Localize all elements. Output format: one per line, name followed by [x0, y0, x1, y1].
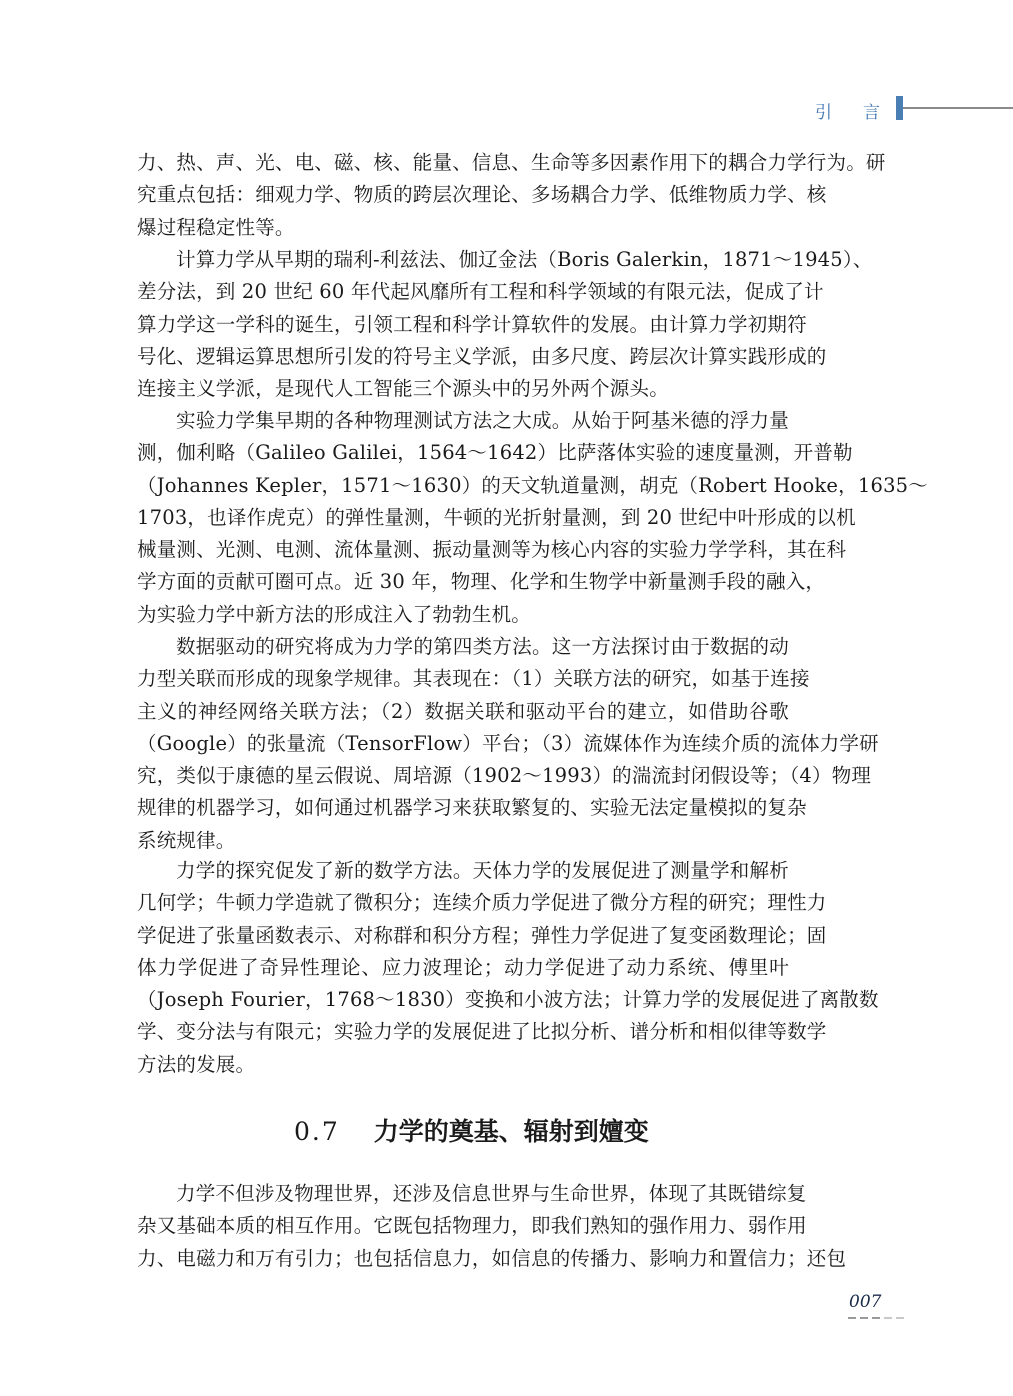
paragraph-computational-mechanics: 计算力学从早期的瑞利-利兹法、伽辽金法（Boris Galerkin，1871～… [137, 244, 789, 405]
text-line: 系统规律。 [137, 825, 789, 857]
text-line: 体力学促进了奇异性理论、应力波理论；动力学促进了动力系统、傅里叶 [137, 952, 789, 984]
text-line: 连接主义学派，是现代人工智能三个源头中的另外两个源头。 [137, 373, 789, 405]
text-line: 1703，也译作虎克）的弹性量测，牛顿的光折射量测，到 20 世纪中叶形成的以机 [137, 502, 789, 534]
text-line: 学方面的贡献可圈可点。近 30 年，物理、化学和生物学中新量测手段的融入， [137, 566, 789, 598]
header-accent-bar [896, 96, 903, 120]
text-line: 主义的神经网络关联方法；（2）数据关联和驱动平台的建立，如借助谷歌 [137, 696, 789, 728]
text-line: 测，伽利略（Galileo Galilei，1564～1642）比萨落体实验的速… [137, 437, 789, 469]
text-line: 力学不但涉及物理世界，还涉及信息世界与生命世界，体现了其既错综复 [137, 1178, 789, 1210]
text-line: 究，类似于康德的星云假说、周培源（1902～1993）的湍流封闭假设等；（4）物… [137, 760, 789, 792]
text-line: （Google）的张量流（TensorFlow）平台；（3）流媒体作为连续介质的… [137, 728, 789, 760]
text-line: （Johannes Kepler，1571～1630）的天文轨道量测，胡克（Ro… [137, 470, 789, 502]
text-line: 究重点包括：细观力学、物质的跨层次理论、多场耦合力学、低维物质力学、核 [137, 179, 789, 211]
text-line: 械量测、光测、电测、流体量测、振动量测等为核心内容的实验力学学科，其在科 [137, 534, 789, 566]
text-line: 差分法，到 20 世纪 60 年代起风靡所有工程和科学领域的有限元法，促成了计 [137, 276, 789, 308]
text-line: 规律的机器学习，如何通过机器学习来获取繁复的、实验无法定量模拟的复杂 [137, 792, 789, 824]
header-chapter-char-1: 引 [815, 98, 832, 123]
text-line: 方法的发展。 [137, 1049, 789, 1081]
paragraph-continuation: 力、热、声、光、电、磁、核、能量、信息、生命等多因素作用下的耦合力学行为。研 究… [137, 147, 789, 244]
page-number: 007 [849, 1292, 881, 1312]
text-line: 数据驱动的研究将成为力学的第四类方法。这一方法探讨由于数据的动 [137, 631, 789, 663]
section-title-text: 力学的奠基、辐射到嬗变 [374, 1117, 649, 1146]
text-line: （Joseph Fourier，1768～1830）变换和小波方法；计算力学的发… [137, 984, 789, 1016]
running-header: 引 言 [0, 96, 1013, 126]
paragraph-data-driven: 数据驱动的研究将成为力学的第四类方法。这一方法探讨由于数据的动 力型关联而形成的… [137, 631, 789, 857]
text-line: 为实验力学中新方法的形成注入了勃勃生机。 [137, 599, 789, 631]
header-chapter-char-2: 言 [863, 98, 880, 123]
text-line: 力学的探究促发了新的数学方法。天体力学的发展促进了测量学和解析 [137, 855, 789, 887]
paragraph-section-intro: 力学不但涉及物理世界，还涉及信息世界与生命世界，体现了其既错综复 杂又基础本质的… [137, 1178, 789, 1275]
text-line: 学、变分法与有限元；实验力学的发展促进了比拟分析、谱分析和相似律等数学 [137, 1016, 789, 1048]
paragraph-experimental-mechanics: 实验力学集早期的各种物理测试方法之大成。从始于阿基米德的浮力量 测，伽利略（Ga… [137, 405, 789, 631]
text-line: 力型关联而形成的现象学规律。其表现在：（1）关联方法的研究，如基于连接 [137, 663, 789, 695]
section-number: 0.7 [294, 1117, 340, 1146]
text-line: 算力学这一学科的诞生，引领工程和科学计算软件的发展。由计算力学初期符 [137, 309, 789, 341]
text-line: 爆过程稳定性等。 [137, 212, 789, 244]
paragraph-math-methods: 力学的探究促发了新的数学方法。天体力学的发展促进了测量学和解析 几何学；牛顿力学… [137, 855, 789, 1081]
header-rule [903, 107, 1013, 109]
text-line: 号化、逻辑运算思想所引发的符号主义学派，由多尺度、跨层次计算实践形成的 [137, 341, 789, 373]
text-line: 力、电磁力和万有引力；也包括信息力，如信息的传播力、影响力和置信力；还包 [137, 1243, 789, 1275]
page-number-dashes [848, 1317, 904, 1319]
text-line: 杂又基础本质的相互作用。它既包括物理力，即我们熟知的强作用力、弱作用 [137, 1210, 789, 1242]
text-line: 几何学；牛顿力学造就了微积分；连续介质力学促进了微分方程的研究；理性力 [137, 887, 789, 919]
section-heading: 0.7 力学的奠基、辐射到嬗变 [294, 1112, 649, 1148]
text-line: 计算力学从早期的瑞利-利兹法、伽辽金法（Boris Galerkin，1871～… [137, 244, 789, 276]
text-line: 学促进了张量函数表示、对称群和积分方程；弹性力学促进了复变函数理论；固 [137, 920, 789, 952]
text-line: 力、热、声、光、电、磁、核、能量、信息、生命等多因素作用下的耦合力学行为。研 [137, 147, 789, 179]
text-line: 实验力学集早期的各种物理测试方法之大成。从始于阿基米德的浮力量 [137, 405, 789, 437]
